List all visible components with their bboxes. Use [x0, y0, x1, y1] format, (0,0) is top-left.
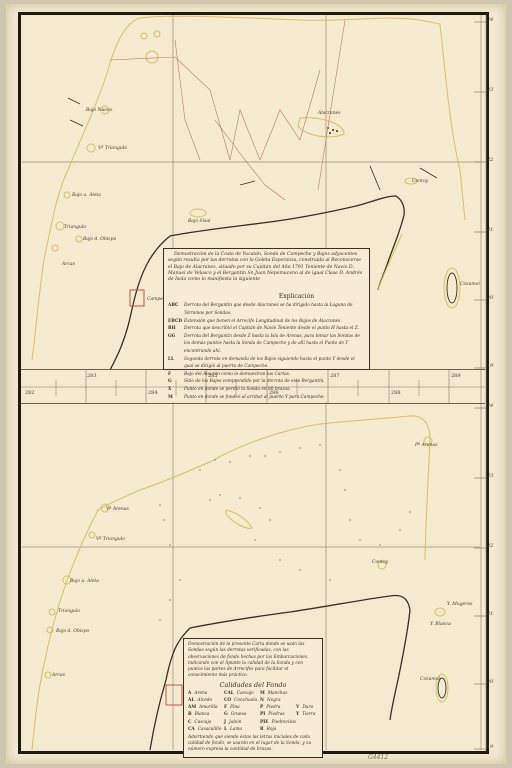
legend2-heading: Calidades del Fondo — [188, 681, 318, 689]
svg-text:20: 20 — [486, 679, 494, 685]
quality-item: CCascajo — [188, 719, 224, 726]
svg-text:Pª Arenas: Pª Arenas — [414, 442, 438, 448]
campeche-town — [130, 290, 144, 306]
quality-item: CACasacalillo — [188, 726, 224, 733]
quality-item: GGruesa — [224, 711, 260, 718]
svg-text:Bajo a. Aleta: Bajo a. Aleta — [69, 578, 99, 584]
svg-text:Bajo Sisal: Bajo Sisal — [187, 218, 211, 224]
legend-row: ABCDerrota del Bergantín que desde Alacr… — [168, 302, 365, 317]
svg-text:Cozumel: Cozumel — [420, 676, 440, 682]
legend-row: BHDerrota que describió el Capitán de Na… — [168, 325, 365, 333]
sounding-marks-top — [68, 98, 437, 190]
svg-text:Bajo d. Obispo: Bajo d. Obispo — [55, 628, 89, 634]
lon-label-289: 289 — [451, 373, 461, 379]
svg-text:Triangulo: Triangulo — [58, 608, 80, 614]
legend-intro: Demostración de la Costa de Yucatán, Son… — [168, 252, 365, 283]
svg-text:Vª Triangulo: Vª Triangulo — [96, 536, 125, 542]
svg-text:24: 24 — [486, 17, 493, 23]
svg-text:Bajo d. Obispo: Bajo d. Obispo — [82, 236, 116, 242]
campeche-town-bottom — [166, 685, 182, 705]
svg-text:Vª Arenas: Vª Arenas — [106, 506, 129, 512]
legend-row: XPunto en donde se perdió la Sonda en 80… — [168, 386, 365, 394]
alacranes-reef-bottom — [226, 510, 252, 528]
legend-row: EBCDExtensión que tienen el Arrecife Lon… — [168, 318, 365, 326]
svg-text:19: 19 — [487, 363, 494, 369]
svg-text:Contoy: Contoy — [412, 178, 429, 184]
svg-text:23: 23 — [486, 87, 493, 93]
svg-text:Arcas: Arcas — [61, 261, 76, 267]
legend-heading: Explicación — [279, 293, 314, 300]
svg-text:Y. Blanca: Y. Blanca — [430, 621, 451, 627]
legend-row: FBajo del Alacrán como lo demuestran las… — [168, 371, 365, 379]
legend-explicacion: Demostración de la Costa de Yucatán, Son… — [163, 248, 370, 370]
alacranes-cays — [327, 127, 338, 134]
legend-row: LLSegunda derrota en demanda de los Bajo… — [168, 356, 365, 371]
legend2-intro: Demostración de la presente Carta donde … — [188, 642, 318, 680]
svg-text:Arcas: Arcas — [51, 672, 66, 678]
quality-item: JJabón — [224, 719, 260, 726]
svg-text:Bajo a. Aleta: Bajo a. Aleta — [71, 192, 101, 198]
svg-text:Contoy: Contoy — [372, 559, 389, 565]
svg-text:22: 22 — [486, 543, 493, 549]
svg-text:21: 21 — [486, 611, 493, 617]
lon-label-282: 282 — [25, 390, 35, 396]
svg-text:24: 24 — [486, 403, 493, 409]
svg-text:19: 19 — [487, 744, 494, 750]
cozumel-shoal — [444, 268, 460, 308]
quality-item: LLama — [224, 726, 260, 733]
quality-item: AMAmarilla — [188, 704, 224, 711]
svg-text:21: 21 — [486, 227, 493, 233]
alacranes-reef — [298, 118, 344, 137]
quality-item: CALCascajo — [224, 690, 260, 697]
survey-routes — [110, 20, 345, 200]
bottom-quality-grid: AArena CALCascajo MManchas ALAlcedo COCo… — [188, 690, 318, 733]
legend-row: MPunto en donde se fondeó al arribar al … — [168, 394, 365, 402]
lon-label-283: 283 — [87, 373, 97, 379]
latitude-labels: 242322 212019 242322 212019 — [486, 17, 494, 750]
quality-item: FFina — [224, 704, 260, 711]
cozumel-island — [447, 273, 457, 303]
svg-text:Vª Triangulo: Vª Triangulo — [98, 145, 127, 151]
quality-item: COConchuela — [224, 697, 260, 704]
svg-text:Y. Mugeres: Y. Mugeres — [447, 601, 473, 607]
svg-text:Triangulo: Triangulo — [64, 224, 86, 230]
quality-item: YTierra — [296, 711, 324, 718]
lon-label-284: 284 — [148, 390, 158, 396]
quality-item: RRoja — [260, 726, 296, 733]
quality-item: PIEPiedrecitas — [260, 719, 296, 726]
svg-text:Bajo Nuevo: Bajo Nuevo — [85, 107, 113, 113]
quality-item: BBlanca — [188, 711, 224, 718]
quality-item: ALAlcedo — [188, 697, 224, 704]
quality-item: MManchas — [260, 690, 296, 697]
catalog-number: G4412 — [368, 754, 388, 761]
quality-item: PIPiedras — [260, 711, 296, 718]
quality-item: VDuro — [296, 704, 324, 711]
svg-text:Alacranes: Alacranes — [317, 110, 341, 116]
legend-calidades: Demostración de la presente Carta donde … — [183, 638, 323, 758]
quality-item: NNegra — [260, 697, 296, 704]
small-islands-top — [52, 31, 417, 251]
legend2-outro: Advirtiendo que siendo éstas las letras … — [188, 735, 318, 754]
svg-text:23: 23 — [486, 473, 493, 479]
svg-text:22: 22 — [486, 157, 493, 163]
soundings-bottom — [159, 444, 410, 620]
svg-text:Cozumel: Cozumel — [460, 281, 480, 287]
legend-row: GGDerrota del Bergantín desde Z hasta la… — [168, 333, 365, 356]
svg-text:20: 20 — [486, 295, 494, 301]
legend-row: GSitio de los Bajos comprendido por la d… — [168, 378, 365, 386]
quality-item: AArena — [188, 690, 224, 697]
quality-item: PPiedra — [260, 704, 296, 711]
lon-label-288: 288 — [391, 390, 401, 396]
